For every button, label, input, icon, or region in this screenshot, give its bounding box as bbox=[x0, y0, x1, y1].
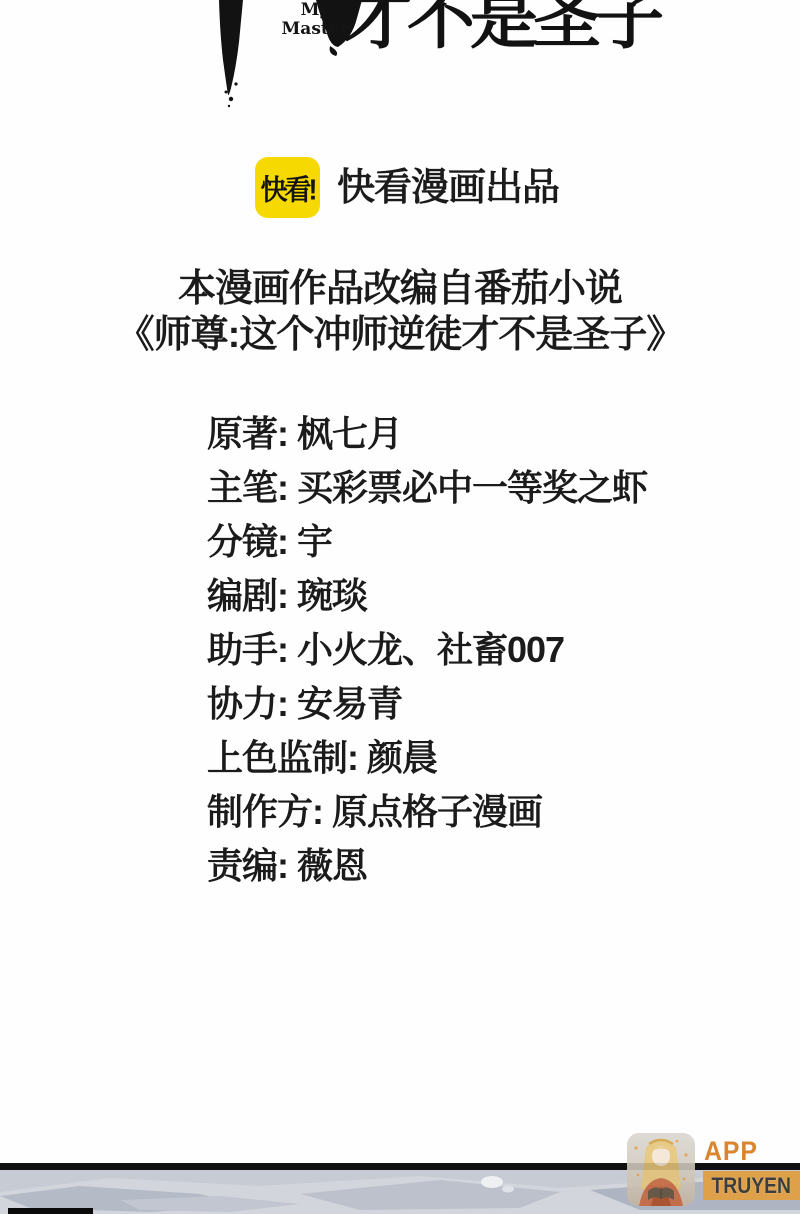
credit-row-producer: 制作方: 原点格子漫画 bbox=[207, 782, 767, 836]
watermark-app-label: APP bbox=[704, 1136, 758, 1167]
watermark-truyen-badge: TRUYEN bbox=[703, 1171, 800, 1200]
calligraphy-artwork: 才不是圣子 bbox=[0, 0, 800, 112]
kuaikan-logo-text: 快看! bbox=[261, 167, 315, 208]
adaptation-notice-line1: 本漫画作品改编自番茄小说 bbox=[0, 266, 800, 312]
credits-list: 原著: 枫七月 主笔: 买彩票必中一等奖之虾 分镜: 宇 编剧: 琬琰 助手: … bbox=[207, 404, 767, 890]
brush-calligraphy-icon: 才不是圣子 bbox=[0, 0, 800, 112]
credit-row-screenwriter: 编剧: 琬琰 bbox=[207, 566, 767, 620]
english-subtitle-line2: Master bbox=[272, 20, 358, 39]
watermark-avatar-image bbox=[627, 1133, 695, 1206]
publisher-production-label: 快看漫画出品 bbox=[337, 166, 559, 210]
credit-row-cooperation: 协力: 安易青 bbox=[207, 674, 767, 728]
credit-row-editor: 责编: 薇恩 bbox=[207, 836, 767, 890]
calligraphy-title-fragment: 才不是圣子 bbox=[344, 0, 663, 59]
credit-row-storyboard: 分镜: 宇 bbox=[207, 512, 767, 566]
watermark-truyen-label: TRUYEN bbox=[712, 1173, 792, 1199]
watermark: APP TRUYEN bbox=[627, 1133, 800, 1214]
credit-row-assistants: 助手: 小火龙、社畜007 bbox=[207, 620, 767, 674]
english-subtitle: My Master bbox=[272, 1, 358, 39]
adaptation-source-title: 《师尊:这个冲师逆徒才不是圣子》 bbox=[0, 312, 800, 358]
comic-credits-page: 才不是圣子 My Master 快看! 快看漫画出品 本漫画作品改编自番茄小说 … bbox=[0, 0, 800, 1214]
credit-row-color-supervisor: 上色监制: 颜晨 bbox=[207, 728, 767, 782]
credit-row-lead-artist: 主笔: 买彩票必中一等奖之虾 bbox=[207, 458, 767, 512]
credit-row-original-author: 原著: 枫七月 bbox=[207, 404, 767, 458]
kuaikan-logo-icon: 快看! bbox=[255, 157, 320, 218]
english-subtitle-line1: My bbox=[272, 1, 358, 20]
